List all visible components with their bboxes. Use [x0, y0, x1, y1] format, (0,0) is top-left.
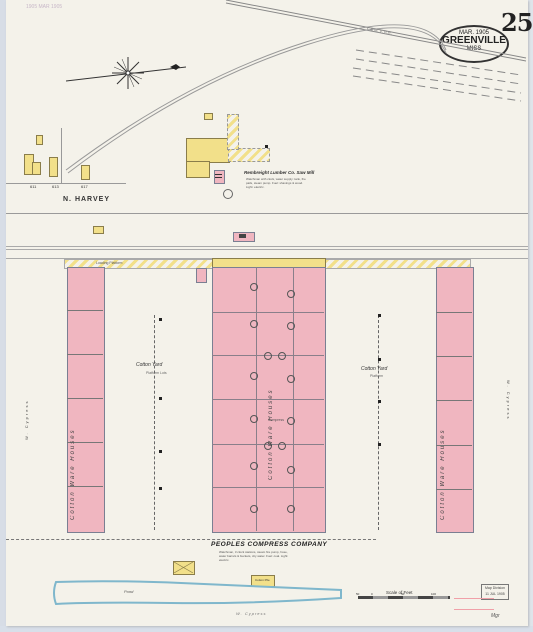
scale-tick: 0: [371, 592, 373, 596]
compress-title: PEOPLES COMPRESS COMPANY: [211, 541, 327, 548]
building-saw-mill: [186, 138, 230, 163]
right-warehouse-label: Cotton Ware Houses: [440, 400, 446, 520]
cotton-yard-right-sub: Platform: [370, 374, 383, 378]
hydrant-icon: [378, 314, 381, 317]
street-name-left: W. Cypress: [24, 380, 29, 440]
street-line: [6, 249, 528, 250]
lumber-shed-platform: [228, 148, 270, 162]
compress-label: Compress: [268, 418, 284, 422]
boiler-mark: [215, 174, 222, 175]
building-small: [93, 226, 104, 234]
compass-rose-icon: [66, 45, 186, 100]
column-icon: [250, 320, 258, 328]
column-icon: [250, 415, 258, 423]
street-line: [6, 213, 528, 214]
scale-tick: 50: [356, 592, 359, 596]
column-icon: [250, 462, 258, 470]
map-sheet: 1905 MAR 1905 MAR. 1905 GREENVILLE MISS …: [6, 0, 528, 626]
column-icon: [287, 290, 295, 298]
boiler-mark: [215, 177, 222, 178]
signature: Mgr: [491, 613, 500, 619]
firewall: [67, 310, 103, 311]
lumber-mill-notes: Watchman with clock, water supply: tank,…: [246, 177, 306, 189]
pond: [51, 578, 351, 608]
lot-number: 611: [30, 184, 36, 189]
lumber-mill-title: Rembreight Lumber Co. Saw Mill: [244, 170, 314, 175]
column-icon: [250, 372, 258, 380]
firewall: [212, 312, 324, 313]
office-mark: [239, 234, 246, 238]
street-name-right: W. Cypress: [506, 380, 511, 440]
firewall: [436, 356, 472, 357]
hydrant-icon: [265, 145, 268, 148]
building-mill-annex: [186, 161, 210, 178]
column-icon: [287, 322, 295, 330]
firewall: [436, 312, 472, 313]
left-warehouse-label: Cotton Ware Houses: [70, 400, 76, 520]
firewall: [67, 354, 103, 355]
column-icon: [287, 505, 295, 513]
hydrant-icon: [378, 400, 381, 403]
cotton-yard-left-label: Cotton Yard: [136, 362, 162, 368]
cotton-yard-left-sub: Platform Lots: [146, 371, 167, 375]
street-line: [6, 246, 528, 247]
column-icon: [287, 375, 295, 383]
column-icon: [287, 417, 295, 425]
yard-fence-left: [154, 315, 155, 530]
column-icon: [287, 466, 295, 474]
building-small: [204, 113, 213, 120]
property-line: [6, 539, 376, 540]
scale-tick: 50: [401, 592, 404, 596]
shed-cross-icon: [174, 562, 193, 573]
lot-number: 617: [81, 184, 88, 189]
firewall: [67, 398, 103, 399]
scale-tick: 100: [431, 592, 436, 596]
scale-bar: [358, 596, 450, 599]
hydrant-icon: [159, 450, 162, 453]
platform-label: Loading Platform: [96, 261, 122, 265]
yard-fence-right: [378, 315, 379, 530]
building-dwelling: [32, 162, 41, 175]
column-icon: [278, 442, 286, 450]
stamp-line2: 11 JUL 1905: [482, 591, 508, 597]
hydrant-icon: [159, 318, 162, 321]
street-name-harvey: N. HARVEY: [63, 196, 110, 203]
harvey-lot-line: [6, 183, 126, 184]
building-dwelling: [36, 135, 43, 145]
compress-notes: Watchman, 3 clock stations, steam fire p…: [219, 550, 294, 562]
column-icon: [250, 283, 258, 291]
column-icon: [278, 352, 286, 360]
firewall: [212, 487, 324, 488]
building-engine-house: [196, 268, 207, 283]
scale-label: Scale of Feet: [386, 590, 413, 595]
hydrant-icon: [159, 487, 162, 490]
center-warehouse-label: Cotton Ware Houses: [268, 330, 274, 480]
column-icon: [250, 505, 258, 513]
building-dwelling: [49, 157, 58, 177]
hydrant-icon: [159, 397, 162, 400]
pond-label: Pond: [124, 589, 133, 594]
hydrant-icon: [378, 443, 381, 446]
hydrant-icon: [378, 358, 381, 361]
lot-number: 613: [52, 184, 59, 189]
red-pencil-mark: [454, 598, 494, 610]
cotton-yard-right-label: Cotton Yard: [361, 366, 387, 372]
street-name-bottom: W. Cypress: [236, 611, 267, 616]
water-tank-icon: [223, 189, 233, 199]
scanner-edge-bottom: [0, 626, 533, 632]
building-dwelling: [81, 165, 90, 180]
lumber-shed: [227, 114, 239, 150]
